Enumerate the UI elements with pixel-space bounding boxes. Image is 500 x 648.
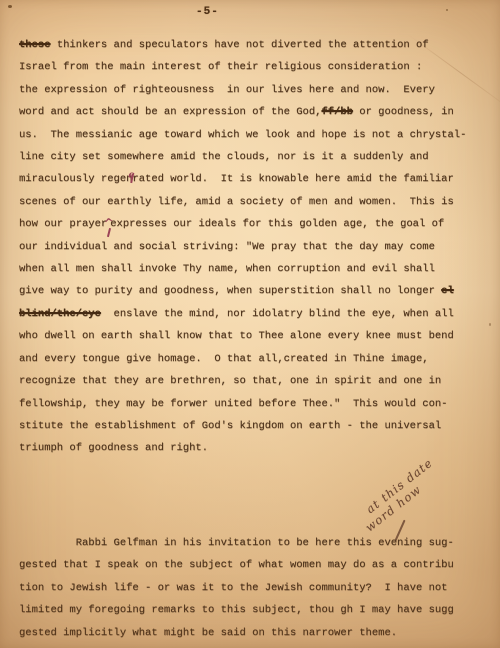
typed-line: fellowship, they may be forwer united be…	[19, 393, 494, 415]
page-number: -5-	[196, 6, 266, 18]
typed-line: tion to Jewish life - or was it to the J…	[19, 577, 494, 599]
typed-line: recognize that they are brethren, so tha…	[19, 370, 494, 392]
typed-line: miraculously regenerated world. It is kn…	[19, 168, 494, 190]
typed-line: the expression of righteousness in our l…	[19, 79, 494, 101]
struck-text: blind/the/eye	[19, 308, 101, 320]
paragraph-1: these thinkers and speculators have not …	[19, 34, 494, 460]
typed-text: how our prayer	[19, 218, 107, 230]
typed-line: Rabbi Gelfman in his invitation to be he…	[19, 532, 494, 554]
struck-text: el	[441, 285, 454, 297]
typed-line: how our prayer^expresses our ideals for …	[19, 213, 494, 235]
typed-line: line city set somewhere amid the clouds,…	[19, 146, 494, 168]
struck-text: ff/bb	[321, 106, 353, 118]
typed-line: our individual and social striving: "We …	[19, 236, 494, 258]
typed-text: or goodness, in	[353, 106, 454, 118]
typed-text: miraculously regen	[19, 173, 132, 185]
ink-speck	[446, 9, 448, 11]
ink-speck	[8, 5, 12, 8]
typed-line: blind/the/eye enslave the mind, nor idol…	[19, 303, 494, 325]
typed-text: thinkers and speculators have not divert…	[51, 39, 429, 51]
paragraph-2: Rabbi Gelfman in his invitation to be he…	[19, 532, 494, 644]
typed-line: triumph of goodness and right.	[19, 437, 494, 459]
typed-line: who dwell on earth shall know that to Th…	[19, 325, 494, 347]
struck-text: these	[19, 39, 51, 51]
typed-text: enslave the mind, nor idolatry blind the…	[101, 308, 454, 320]
typed-text: expresses our ideals for this golden age…	[110, 218, 444, 230]
typed-line: gested implicitly what might be said on …	[19, 622, 494, 644]
typed-line: word and act should be an expression of …	[19, 101, 494, 123]
typed-line: gested that I speak on the subject of wh…	[19, 554, 494, 576]
typed-line: us. The messianic age toward which we lo…	[19, 124, 494, 146]
typed-text: give way to purity and goodness, when su…	[19, 285, 441, 297]
typed-line: and every tongue give homage. O that all…	[19, 348, 494, 370]
typed-line: these thinkers and speculators have not …	[19, 34, 494, 56]
typed-text: rated world. It is knowable here amid th…	[132, 173, 453, 185]
typed-line: scenes of our earthly life, amid a socie…	[19, 191, 494, 213]
caret-glyph: ^	[103, 212, 116, 236]
typed-line: when all men shall invoke Thy name, when…	[19, 258, 494, 280]
typed-text: word and act should be an expression of …	[19, 106, 321, 118]
typed-line: stitute the establishment of God's kingd…	[19, 415, 494, 437]
typed-line: limited my foregoing remarks to this sub…	[19, 599, 494, 621]
typed-line: Israel from the main interest of their r…	[19, 56, 494, 78]
typed-line: give way to purity and goodness, when su…	[19, 280, 494, 302]
typewritten-document-page: -5- these thinkers and speculators have …	[0, 0, 500, 648]
